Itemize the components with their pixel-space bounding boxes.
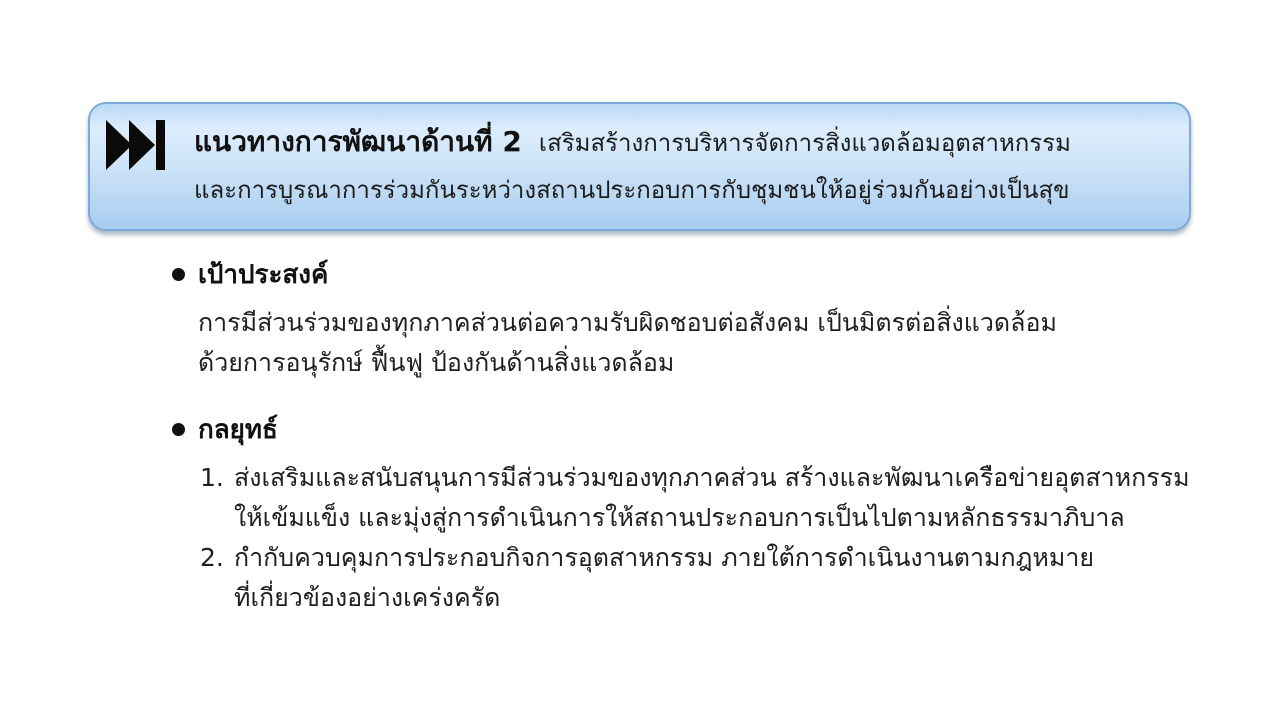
header-subtitle-line: และการบูรณาการร่วมกันระหว่างสถานประกอบกา…: [194, 178, 1071, 202]
section-strategy: กลยุทธ์ 1. ส่งเสริมและสนับสนุนการมีส่วนร…: [172, 409, 1132, 618]
strategy-item-2: 2. กำกับควบคุมการประกอบกิจการอุตสาหกรรม …: [200, 538, 1132, 618]
strategy-item-number: 1.: [200, 458, 234, 538]
presentation-slide: แนวทางการพัฒนาด้านที่ 2 เสริมสร้างการบริ…: [0, 0, 1280, 720]
objective-line: ด้วยการอนุรักษ์ ฟื้นฟู ป้องกันด้านสิ่งแว…: [198, 343, 1132, 383]
header-title-bold: แนวทางการพัฒนาด้านที่ 2: [194, 125, 522, 158]
section-objective-heading: เป้าประสงค์: [172, 254, 1132, 295]
objective-line: การมีส่วนร่วมของทุกภาคส่วนต่อความรับผิดช…: [198, 303, 1132, 343]
header-title-rest: เสริมสร้างการบริหารจัดการสิ่งแวดล้อมอุตส…: [539, 129, 1071, 157]
section-strategy-title: กลยุทธ์: [198, 409, 278, 450]
strategy-line: ส่งเสริมและสนับสนุนการมีส่วนร่วมของทุกภา…: [234, 458, 1190, 498]
strategy-line: ให้เข้มแข็ง และมุ่งสู่การดำเนินการให้สถา…: [234, 498, 1190, 538]
strategy-item-number: 2.: [200, 538, 234, 618]
strategy-line: กำกับควบคุมการประกอบกิจการอุตสาหกรรม ภาย…: [234, 538, 1132, 578]
header-banner: แนวทางการพัฒนาด้านที่ 2 เสริมสร้างการบริ…: [88, 102, 1191, 231]
skip-end-icon: [106, 120, 166, 170]
strategy-item-1: 1. ส่งเสริมและสนับสนุนการมีส่วนร่วมของทุ…: [200, 458, 1132, 538]
bullet-icon: [172, 423, 185, 436]
strategy-item-text: กำกับควบคุมการประกอบกิจการอุตสาหกรรม ภาย…: [234, 538, 1132, 618]
strategy-line: ที่เกี่ยวข้องอย่างเคร่งครัด: [234, 578, 1132, 618]
header-title-line: แนวทางการพัฒนาด้านที่ 2 เสริมสร้างการบริ…: [194, 128, 1071, 156]
section-strategy-heading: กลยุทธ์: [172, 409, 1132, 450]
section-objective-body: การมีส่วนร่วมของทุกภาคส่วนต่อความรับผิดช…: [198, 303, 1132, 383]
section-objective: เป้าประสงค์ การมีส่วนร่วมของทุกภาคส่วนต่…: [172, 254, 1132, 383]
section-objective-title: เป้าประสงค์: [198, 254, 328, 295]
strategy-item-text: ส่งเสริมและสนับสนุนการมีส่วนร่วมของทุกภา…: [234, 458, 1190, 538]
slide-content: เป้าประสงค์ การมีส่วนร่วมของทุกภาคส่วนต่…: [172, 254, 1132, 618]
bullet-icon: [172, 268, 185, 281]
header-text-block: แนวทางการพัฒนาด้านที่ 2 เสริมสร้างการบริ…: [194, 118, 1071, 202]
